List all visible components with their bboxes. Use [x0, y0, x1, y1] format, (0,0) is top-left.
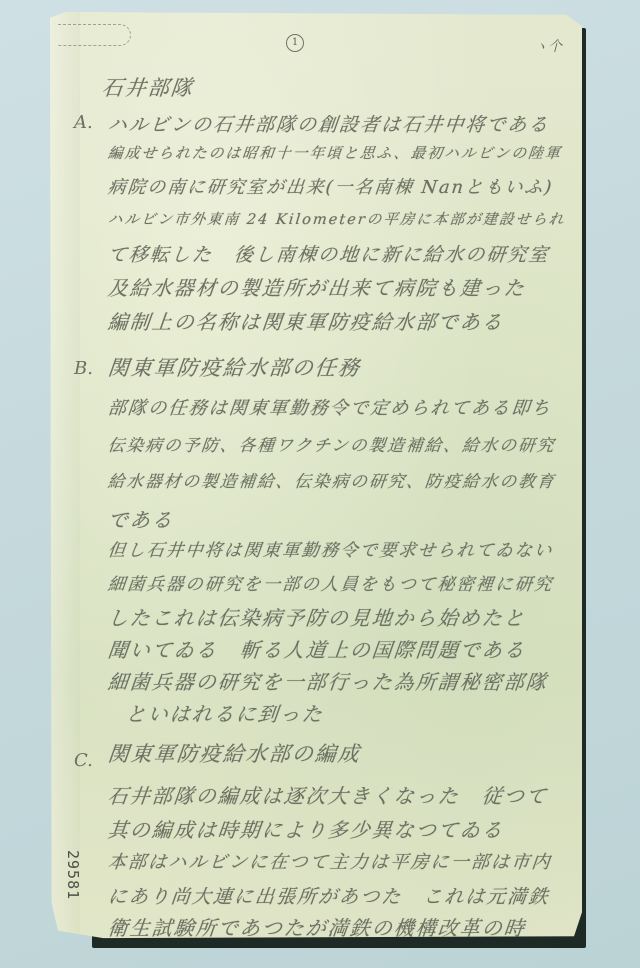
section-a-line: 及給水器材の製造所が出来て病院も建った — [106, 272, 527, 301]
document-text: 石井部隊 A. ハルビンの石井部隊の創設者は石井中将である 編成せられたのは昭和… — [50, 12, 582, 940]
section-c-line: 衛生試験所であつたが満鉄の機構改革の時 — [106, 912, 527, 941]
section-b-line: 給水器材の製造補給、伝染病の研究、防疫給水の教育 — [107, 468, 557, 492]
section-b-line: 但し石井中将は関東軍勤務令で要求せられてゐない — [107, 536, 555, 561]
handwritten-document-page: 1 ヽ个 石井部隊 A. ハルビンの石井部隊の創設者は石井中将である 編成せられ… — [50, 12, 582, 940]
section-c-line: 本部はハルビンに在つて主力は平房に一部は市内 — [107, 848, 554, 874]
section-a-line: ハルビン市外東南 24 Kilometerの平房に本部が建設せられ — [107, 208, 567, 229]
section-b-line: といはれるに到った — [124, 698, 325, 727]
section-a-marker: A. — [74, 112, 93, 133]
section-c-marker: C. — [74, 750, 93, 771]
section-c-line: 其の編成は時期により多少異なつてゐる — [106, 814, 505, 843]
section-c-heading: 関東軍防疫給水部の編成 — [106, 738, 362, 768]
section-a-line: ハルビンの石井部隊の創設者は石井中将である — [107, 110, 552, 137]
archive-stamp-number: 29581 — [64, 850, 82, 900]
section-c-line: 石井部隊の編成は逐次大きくなった 従つて — [106, 780, 549, 809]
section-b-heading: 関東軍防疫給水部の任務 — [106, 352, 362, 382]
section-c-line: にあり尚大連に出張所があつた これは元満鉄 — [107, 882, 552, 909]
section-b-line: 部隊の任務は関東軍勤務令で定められてある即ち — [107, 394, 554, 420]
section-b-line: 伝染病の予防、各種ワクチンの製造補給、給水の研究 — [107, 432, 557, 456]
section-b-line: 細菌兵器の研究を一部行った為所謂秘密部隊 — [106, 666, 549, 695]
document-title: 石井部隊 — [100, 72, 195, 102]
section-b-line: 聞いてゐる 斬る人道上の国際問題である — [106, 634, 527, 663]
section-b-marker: B. — [74, 358, 93, 379]
section-b-line: したこれは伝染病予防の見地から始めたと — [106, 602, 527, 631]
section-a-line: て移転した 後し南棟の地に新に給水の研究室 — [107, 240, 552, 267]
section-a-line: 病院の南に研究室が出来(一名南棟 Nanともいふ) — [107, 174, 555, 199]
section-a-line: 編成せられたのは昭和十一年頃と思ふ、最初ハルビンの陸軍 — [107, 142, 563, 163]
section-b-line: である — [106, 504, 175, 533]
section-a-line: 編制上の名称は関東軍防疫給水部である — [106, 306, 505, 335]
section-b-line: 細菌兵器の研究を一部の人員をもつて秘密裡に研究 — [107, 570, 555, 595]
